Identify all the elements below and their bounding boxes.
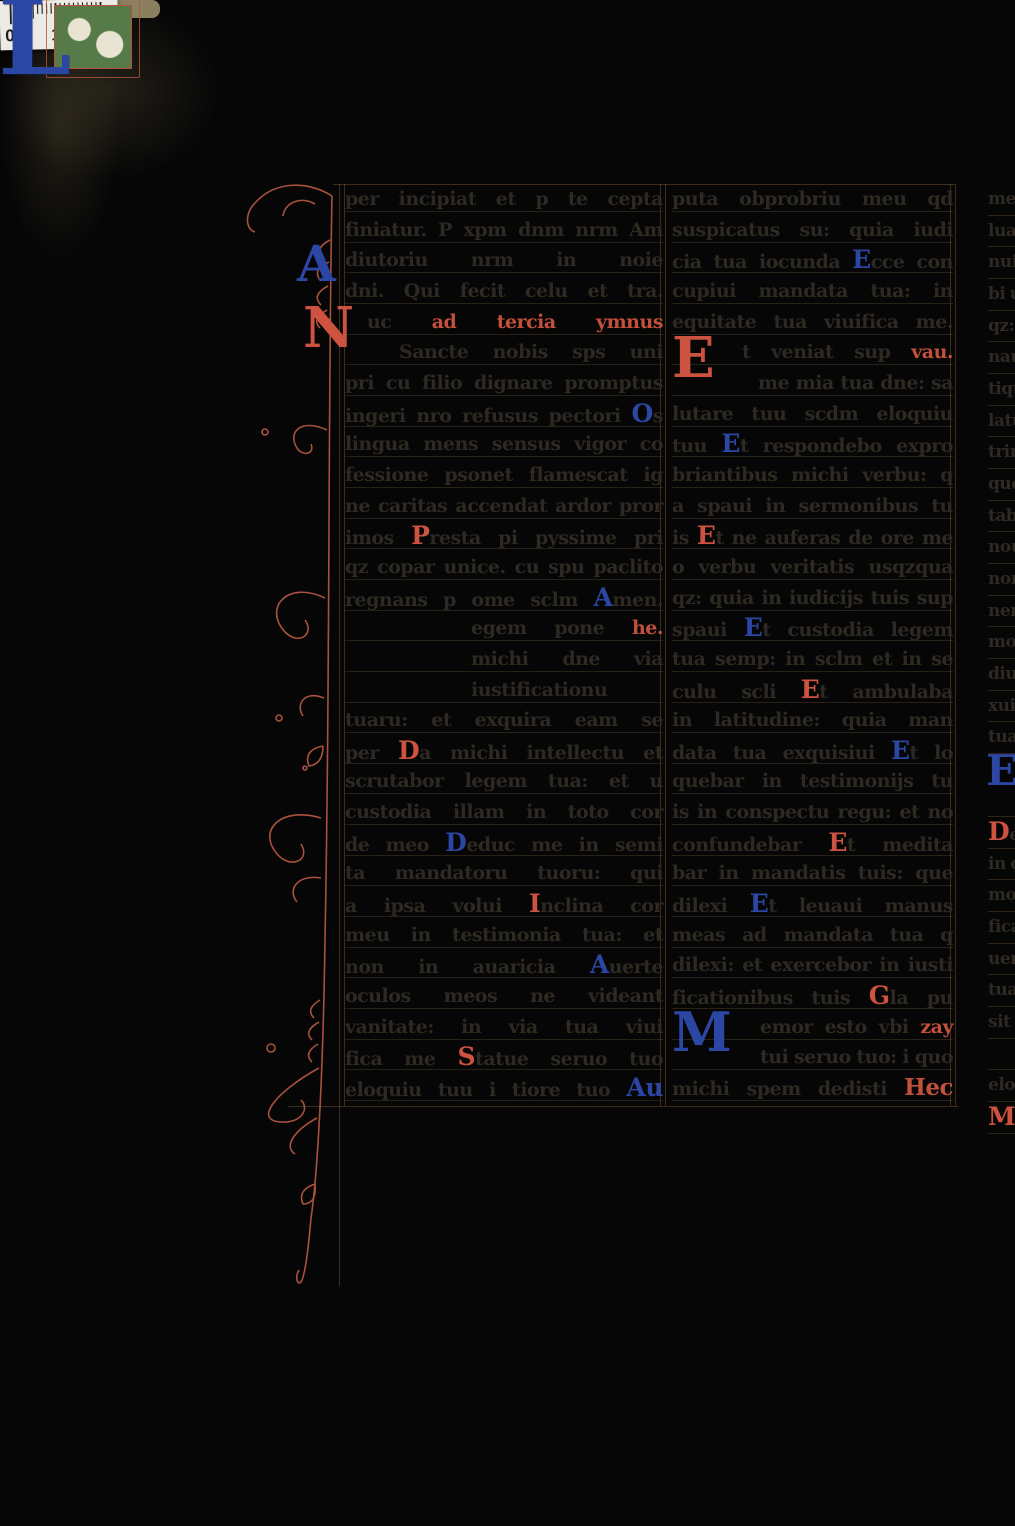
text-segment: in co: [988, 854, 1015, 874]
text-line: a ipsa volui Inclina cor: [345, 889, 663, 920]
illuminated-initial: A: [297, 241, 335, 287]
text-line: briantibus michi verbu: q: [672, 460, 953, 491]
text-line: diui: [988, 659, 1015, 691]
text-line: spaui Et custodia legem: [672, 613, 953, 644]
text-line: lutare tuu scdm eloquiu: [672, 399, 953, 430]
ruling-line: [665, 184, 666, 1106]
text-segment: nom: [988, 569, 1015, 589]
text-segment: trini: [988, 442, 1015, 462]
text-segment: fica me: [345, 1048, 458, 1070]
text-line: non in auaricia Auerte: [345, 950, 663, 981]
text-segment: pri cu filio dignare promptus: [345, 372, 663, 394]
text-segment: iustificationu: [471, 679, 607, 701]
text-segment: tua semp: in sclm et in se: [672, 648, 953, 670]
text-segment: equitate tua viuifica me.: [672, 311, 953, 333]
text-line: Dep: [988, 817, 1015, 849]
text-line: tua semp: in sclm et in se: [672, 644, 953, 675]
text-line: fessione psonet flamescat ig: [345, 460, 663, 491]
text-segment: a spaui in sermonibus tu: [672, 495, 953, 517]
text-line: qz copar unice. cu spu paclito: [345, 552, 663, 583]
text-segment: t ambulaba: [819, 681, 953, 703]
text-column-left: per incipiat et p te ceptafiniatur. P xp…: [345, 184, 663, 1104]
text-segment: uem: [988, 949, 1015, 969]
text-line: confundebar Et medita: [672, 828, 953, 859]
text-segment: tua t: [988, 980, 1015, 1000]
text-segment: ad tercia ymnus: [432, 311, 663, 333]
facing-page-text-sliver: meluarnuibi ucqz: anauitiquilatustriniqu…: [988, 184, 1015, 1134]
text-segment: dilexi: et exercebor in iusti: [672, 954, 953, 976]
text-segment: qz copar unice. cu spu paclito: [345, 556, 663, 578]
text-line: custodia illam in toto cor: [345, 797, 663, 828]
text-segment: custodia illam in toto cor: [345, 801, 663, 823]
text-segment: egem pone: [471, 617, 632, 639]
text-line: dilexi Et leuaui manus: [672, 889, 953, 920]
text-line: quem: [988, 469, 1015, 501]
illuminated-initial: E: [672, 333, 714, 385]
text-segment: E: [801, 675, 820, 704]
text-line: meu in testimonia tua: et: [345, 920, 663, 951]
text-line: per Da michi intellectu et: [345, 736, 663, 767]
text-line: per incipiat et p te cepta: [345, 184, 663, 215]
text-line: tuu Et respondebo expro: [672, 429, 953, 460]
text-segment: per incipiat et p te cepta: [345, 188, 663, 210]
text-segment: diutoriu nrm in noie: [345, 249, 663, 271]
text-segment: t respondebo expro: [740, 435, 953, 457]
text-segment: regnans p ome sclm: [345, 589, 593, 611]
text-line: ne caritas accendat ardor pror: [345, 491, 663, 522]
text-line: imos Presta pi pyssime pri: [345, 521, 663, 552]
text-line: nom: [988, 564, 1015, 596]
text-line: Nuc ad tercia ymnus: [345, 307, 663, 338]
text-segment: in latitudine: quia man: [672, 709, 953, 731]
text-line: is Et ne auferas de ore me: [672, 521, 953, 552]
text-segment: tuas: [988, 727, 1015, 747]
text-line: cia tua iocunda Ecce con: [672, 245, 953, 276]
text-segment: t veniat sup: [742, 341, 911, 363]
text-segment: nclina cor: [540, 895, 663, 917]
text-segment: puta obprobriu meu qd: [672, 188, 953, 210]
text-segment: de meo: [345, 834, 445, 856]
text-line: dni. Qui fecit celu et tra.: [345, 276, 663, 307]
text-segment: cupiui mandata tua: in: [672, 280, 953, 302]
text-segment: cia tua iocunda: [672, 251, 852, 273]
text-segment: D: [398, 736, 419, 765]
text-segment: D: [445, 828, 466, 857]
text-line: michi dne via: [345, 644, 663, 675]
text-segment: resta pi pyssime pri: [429, 527, 663, 549]
text-line: bi uc: [988, 279, 1015, 311]
text-segment: t ne auferas de ore me: [715, 527, 953, 549]
text-segment: quem: [988, 474, 1015, 494]
text-line: uem: [988, 944, 1015, 976]
text-line: qz: quia in iudicijs tuis sup: [672, 583, 953, 614]
text-segment: bar in mandatis tuis: que: [672, 862, 953, 884]
text-line: E: [988, 754, 1015, 786]
text-segment: A: [590, 950, 609, 979]
text-line: mori: [988, 880, 1015, 912]
text-segment: M: [988, 1102, 1015, 1131]
initial-letter: L: [0, 0, 71, 90]
text-segment: E: [721, 429, 740, 458]
text-segment: michi spem dedisti: [672, 1078, 904, 1100]
text-line: nem: [988, 596, 1015, 628]
text-line: tabili: [988, 501, 1015, 533]
text-segment: S: [458, 1042, 476, 1071]
text-segment: scrutabor legem tua: et u: [345, 770, 663, 792]
text-segment: Sancte nobis sps uni: [399, 341, 663, 363]
text-segment: Au: [626, 1073, 663, 1102]
text-segment: fessione psonet flamescat ig: [345, 464, 663, 486]
text-segment: confundebar: [672, 834, 828, 856]
text-line: pri cu filio dignare promptus: [345, 368, 663, 399]
text-segment: is in conspectu regu: et no: [672, 801, 953, 823]
text-line: puta obprobriu meu qd: [672, 184, 953, 215]
text-line: ficai: [988, 912, 1015, 944]
text-segment: Hec: [904, 1074, 953, 1101]
text-segment: tuu: [672, 435, 721, 457]
text-segment: E: [852, 245, 871, 274]
text-segment: P: [411, 521, 429, 550]
text-line: culu scli Et ambulaba: [672, 675, 953, 706]
text-segment: mort: [988, 632, 1015, 652]
decorated-initial-L: L: [0, 0, 150, 96]
text-line: suspicatus su: quia iudi: [672, 215, 953, 246]
text-segment: spaui: [672, 619, 744, 641]
text-line: is in conspectu regu: et no: [672, 797, 953, 828]
text-segment: meas ad mandata tua q: [672, 924, 953, 946]
ruling-line: [288, 1106, 958, 1107]
text-segment: tiqui: [988, 379, 1015, 399]
text-segment: o verbu veritatis usqzqua: [672, 556, 953, 578]
text-line: ingeri nro refusus pectori Os: [345, 399, 663, 430]
text-segment: E: [744, 613, 763, 642]
text-segment: uc: [367, 311, 432, 333]
text-segment: briantibus michi verbu: q: [672, 464, 953, 486]
text-segment: E: [828, 828, 847, 857]
text-segment: s: [653, 405, 663, 427]
text-segment: eloq: [988, 1075, 1015, 1095]
text-line: lingua mens sensus vigor co: [345, 429, 663, 460]
text-segment: uerte: [609, 956, 663, 978]
text-segment: zay: [920, 1016, 953, 1038]
text-line: Adiutoriu nrm in noie: [345, 245, 663, 276]
text-line: meas ad mandata tua q: [672, 920, 953, 951]
text-segment: ingeri nro refusus pectori: [345, 405, 632, 427]
text-segment: dilexi: [672, 895, 750, 917]
text-segment: culu scli: [672, 681, 801, 703]
text-segment: a michi intellectu et: [419, 742, 663, 764]
text-segment: luar: [988, 221, 1015, 241]
text-line: sit m: [988, 1007, 1015, 1039]
text-segment: mori: [988, 885, 1015, 905]
text-segment: per: [345, 742, 398, 764]
text-segment: O: [632, 399, 653, 428]
ruling-line: [955, 184, 956, 1106]
text-segment: E: [750, 889, 769, 918]
text-segment: he.: [632, 617, 663, 639]
text-line: nui: [988, 247, 1015, 279]
text-line: Memor esto vbi zay: [672, 1012, 953, 1043]
text-line: michi spem dedisti Hec: [672, 1073, 953, 1104]
manuscript-photo: L per incipiat et p te ceptafiniatur. P …: [0, 0, 1015, 1526]
text-line: noue: [988, 532, 1015, 564]
text-line: fica me Statue seruo tuo: [345, 1042, 663, 1073]
text-line: tua t: [988, 975, 1015, 1007]
illuminated-initial: E: [988, 752, 1015, 791]
text-segment: qz: quia in iudicijs tuis sup: [672, 587, 953, 609]
text-segment: michi dne via: [471, 648, 663, 670]
text-segment: ep: [1009, 825, 1015, 845]
text-line: naui: [988, 342, 1015, 374]
text-line: eloquiu tuu i tiore tuo Au: [345, 1073, 663, 1104]
text-line: latus: [988, 406, 1015, 438]
text-segment: dni. Qui fecit celu et tra.: [345, 280, 663, 302]
text-line: de meo Deduc me in semi: [345, 828, 663, 859]
text-line: dilexi: et exercebor in iusti: [672, 950, 953, 981]
text-line: Et veniat sup vau.: [672, 337, 953, 368]
text-line: cupiui mandata tua: in: [672, 276, 953, 307]
text-segment: finiatur. P xpm dnm nrm Am: [345, 219, 663, 241]
text-line: qz: a: [988, 311, 1015, 343]
text-segment: emor esto vbi: [760, 1016, 920, 1038]
text-line: tuaru: et exquira eam se: [345, 705, 663, 736]
text-segment: nui: [988, 252, 1015, 272]
text-segment: tuaru: et exquira eam se: [345, 709, 663, 731]
text-segment: D: [988, 817, 1009, 846]
text-line: data tua exquisiui Et lo: [672, 736, 953, 767]
text-segment: non in auaricia: [345, 956, 590, 978]
text-segment: meu in testimonia tua: et: [345, 924, 663, 946]
text-line: vanitate: in via tua viui: [345, 1012, 663, 1043]
text-line: xuict: [988, 691, 1015, 723]
text-line: finiatur. P xpm dnm nrm Am: [345, 215, 663, 246]
text-segment: I: [529, 889, 540, 918]
text-line: in latitudine: quia man: [672, 705, 953, 736]
text-segment: me: [988, 189, 1015, 209]
text-segment: eloquiu tuu i tiore tuo: [345, 1079, 626, 1101]
text-line: regnans p ome sclm Amen.: [345, 583, 663, 614]
text-segment: nem: [988, 601, 1015, 621]
text-segment: ne caritas accendat ardor pror: [345, 495, 663, 517]
text-segment: noue: [988, 537, 1015, 557]
text-segment: lingua mens sensus vigor co: [345, 433, 663, 455]
text-line: Sancte nobis sps uni: [345, 337, 663, 368]
text-segment: men.: [612, 589, 663, 611]
text-segment: latus: [988, 411, 1015, 431]
text-segment: xuict: [988, 696, 1015, 716]
text-segment: lutare tuu scdm eloquiu: [672, 403, 953, 425]
text-segment: E: [891, 736, 910, 765]
text-segment: tabili: [988, 506, 1015, 526]
text-column-right: puta obprobriu meu qdsuspicatus su: quia…: [672, 184, 953, 1104]
text-segment: A: [593, 583, 612, 612]
text-segment: t medita: [847, 834, 953, 856]
text-segment: tatue seruo tuo: [475, 1048, 663, 1070]
text-line: iustificationu: [345, 675, 663, 706]
text-segment: ficai: [988, 917, 1015, 937]
text-segment: quebar in testimonijs tu: [672, 770, 953, 792]
text-line: scrutabor legem tua: et u: [345, 766, 663, 797]
illuminated-initial: M: [672, 1008, 731, 1058]
text-line: trini: [988, 437, 1015, 469]
text-line: mort: [988, 627, 1015, 659]
text-segment: t leuaui manus: [768, 895, 953, 917]
text-segment: bi uc: [988, 284, 1015, 304]
text-segment: educ me in semi: [466, 834, 663, 856]
text-line: eloq: [988, 1070, 1015, 1102]
text-segment: diui: [988, 664, 1015, 684]
text-segment: data tua exquisiui: [672, 742, 891, 764]
text-line: M: [988, 1102, 1015, 1134]
text-segment: is: [672, 527, 697, 549]
text-segment: G: [869, 981, 890, 1010]
text-line: a spaui in sermonibus tu: [672, 491, 953, 522]
illuminated-initial: N: [303, 303, 354, 355]
text-line: luar: [988, 216, 1015, 248]
text-segment: suspicatus su: quia iudi: [672, 219, 953, 241]
text-segment: naui: [988, 347, 1015, 367]
text-segment: qz: a: [988, 316, 1015, 336]
text-segment: cce con: [871, 251, 953, 273]
text-line: me: [988, 184, 1015, 216]
text-segment: vau.: [911, 341, 953, 363]
text-line: ta mandatoru tuoru: qui: [345, 858, 663, 889]
text-line: quebar in testimonijs tu: [672, 766, 953, 797]
text-segment: la pu: [890, 987, 953, 1009]
text-segment: oculos meos ne videant: [345, 985, 663, 1007]
text-line: bar in mandatis tuis: que: [672, 858, 953, 889]
text-line: egem pone he.: [345, 613, 663, 644]
text-segment: E: [697, 521, 716, 550]
text-line: o verbu veritatis usqzqua: [672, 552, 953, 583]
text-line: [988, 1039, 1015, 1071]
text-segment: ta mandatoru tuoru: qui: [345, 862, 663, 884]
text-segment: sit m: [988, 1012, 1015, 1032]
text-line: tiqui: [988, 374, 1015, 406]
text-segment: tui seruo tuo: i quo: [760, 1046, 953, 1068]
text-segment: me mia tua dne: sa: [758, 372, 953, 394]
text-segment: a ipsa volui: [345, 895, 529, 917]
text-segment: imos: [345, 527, 411, 549]
text-line: in co: [988, 849, 1015, 881]
text-segment: t custodia legem: [762, 619, 953, 641]
text-segment: vanitate: in via tua viui: [345, 1016, 663, 1038]
text-line: oculos meos ne videant: [345, 981, 663, 1012]
text-segment: t lo: [910, 742, 953, 764]
